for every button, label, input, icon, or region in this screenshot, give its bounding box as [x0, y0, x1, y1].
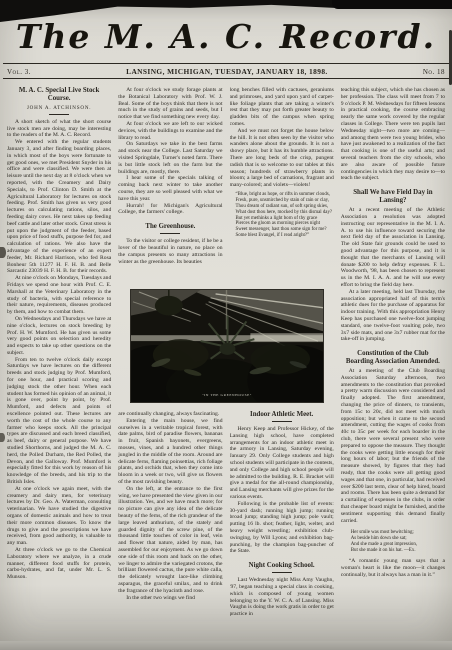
paragraph: At four o'clock we study forage plants a…	[118, 87, 222, 121]
violet-poem: “Blue, bright as hope, or rifts in summe…	[234, 192, 334, 239]
paragraph: A short sketch of what the short course …	[7, 119, 111, 139]
paragraph: At a meeting of the Club Boarding Associ…	[341, 368, 445, 524]
heading-rule	[160, 233, 180, 234]
paragraph: Following is the probable list of events…	[230, 501, 334, 555]
paragraph: On Saturdays we take in the best farms a…	[118, 141, 222, 175]
scan-edge-bottom	[0, 641, 452, 650]
article-title-cooking-school: Night Cooking School.	[234, 562, 330, 570]
paragraph: We entered with the regular students Jan…	[7, 139, 111, 275]
filler-quote: “A romantic young man says that a woman'…	[341, 558, 445, 578]
column-2-upper: At four o'clock we study forage plants a…	[118, 87, 222, 289]
poem-line: Thou dream of radiant sun, of soft sprin…	[234, 204, 334, 210]
dateline-text: LANSING, MICHIGAN, TUESDAY, JANUARY 18, …	[126, 67, 328, 76]
issue-label: No. 18	[423, 68, 445, 76]
paragraph: Henry Keep and Professor Hickey, of the …	[230, 426, 334, 501]
paragraph: long benches filled with cactuses, geran…	[230, 87, 334, 128]
column-3-lower: Indoor Athletic Meet. Henry Keep and Pro…	[230, 411, 334, 641]
paragraph: To the visitor or college resident, if h…	[118, 238, 222, 265]
heading-rule	[272, 421, 292, 422]
paragraph: At a later meeting, held last Thursday, …	[341, 289, 445, 343]
column-3-upper: long benches filled with cactuses, geran…	[230, 87, 334, 289]
paragraph: From ten to twelve o'clock daily except …	[7, 357, 111, 486]
column-2-lower: are continually changing, always fascina…	[118, 411, 222, 641]
article-title-club-boarding: Constitution of the Club Boarding Associ…	[345, 350, 441, 366]
article-title-field-day: Shall We have Field Day in Lansing?	[345, 189, 441, 205]
column-1: M. A. C. Special Live Stock Course. JOHN…	[7, 87, 111, 641]
paragraph: are continually changing, always fascina…	[118, 411, 222, 418]
scan-edge-top-right	[332, 0, 452, 9]
column-4: teaching this subject, which she has cho…	[341, 87, 445, 641]
paragraph: On the left, at the entrance to the firs…	[118, 486, 222, 595]
poem-line: Fresh, pure, unsmirched by stain of rain…	[234, 198, 334, 204]
paragraph: In the other two wings we find	[118, 595, 222, 602]
article-title-greenhouse: The Greenhouse.	[122, 223, 218, 231]
paragraph: And we must not forget the house below t…	[230, 128, 334, 189]
paragraph: At one o'clock we again meet, with the c…	[7, 486, 111, 547]
paragraph: Hurrah! for Michigan's Agricultural Coll…	[118, 203, 222, 217]
paragraph: teaching this subject, which she has cho…	[341, 87, 445, 182]
heading-rule	[272, 572, 292, 573]
poem-line: What dost thou here, mocked by this dism…	[234, 210, 334, 216]
paragraph: At a recent meeting of the Athletic Asso…	[341, 207, 445, 289]
poem-line: “Blue, bright as hope, or rifts in summe…	[234, 192, 334, 198]
paragraph: At four o'clock we are left to our wicke…	[118, 121, 222, 141]
paragraph: Last Wednesday night Miss Amy Vaughn, '9…	[230, 577, 334, 618]
scan-mark	[0, 247, 6, 258]
photo-caption: "IN THE GREENHOUSE"	[131, 393, 323, 397]
paragraph: At nine o'clock on Mondays, Tuesdays and…	[7, 275, 111, 316]
scan-mark	[0, 433, 5, 442]
dateline-bar: Vol. 3. LANSING, MICHIGAN, TUESDAY, JANU…	[3, 63, 449, 79]
greenhouse-photo: "IN THE GREENHOUSE"	[130, 289, 324, 403]
heading-rule	[49, 114, 69, 115]
article-title-athletic-meet: Indoor Athletic Meet.	[234, 411, 330, 419]
newspaper-page: The M. A. C. Record. Vol. 3. LANSING, MI…	[0, 0, 452, 650]
byline-author: JOHN A. ATCHINSON.	[7, 105, 111, 112]
greenhouse-photo-image	[131, 290, 323, 402]
poem-line: But she made it on his hat. —Ex.	[351, 548, 443, 554]
volume-label: Vol. 3.	[7, 68, 31, 76]
paragraph: Entering the main house, we find ourselv…	[118, 418, 222, 486]
paragraph: On Wednesdays and Thursdays we have at n…	[7, 316, 111, 357]
filler-poem: Her smile was most bewitching; As beside…	[351, 530, 443, 554]
paragraph: At three o'clock we go to the Chemical L…	[7, 547, 111, 581]
article-title-live-stock-course: M. A. C. Special Live Stock Course.	[11, 87, 107, 103]
paragraph: I hear some of the specials talking of c…	[118, 175, 222, 202]
poem-line: Some blest Evangel, if I read aright?”	[234, 233, 334, 239]
